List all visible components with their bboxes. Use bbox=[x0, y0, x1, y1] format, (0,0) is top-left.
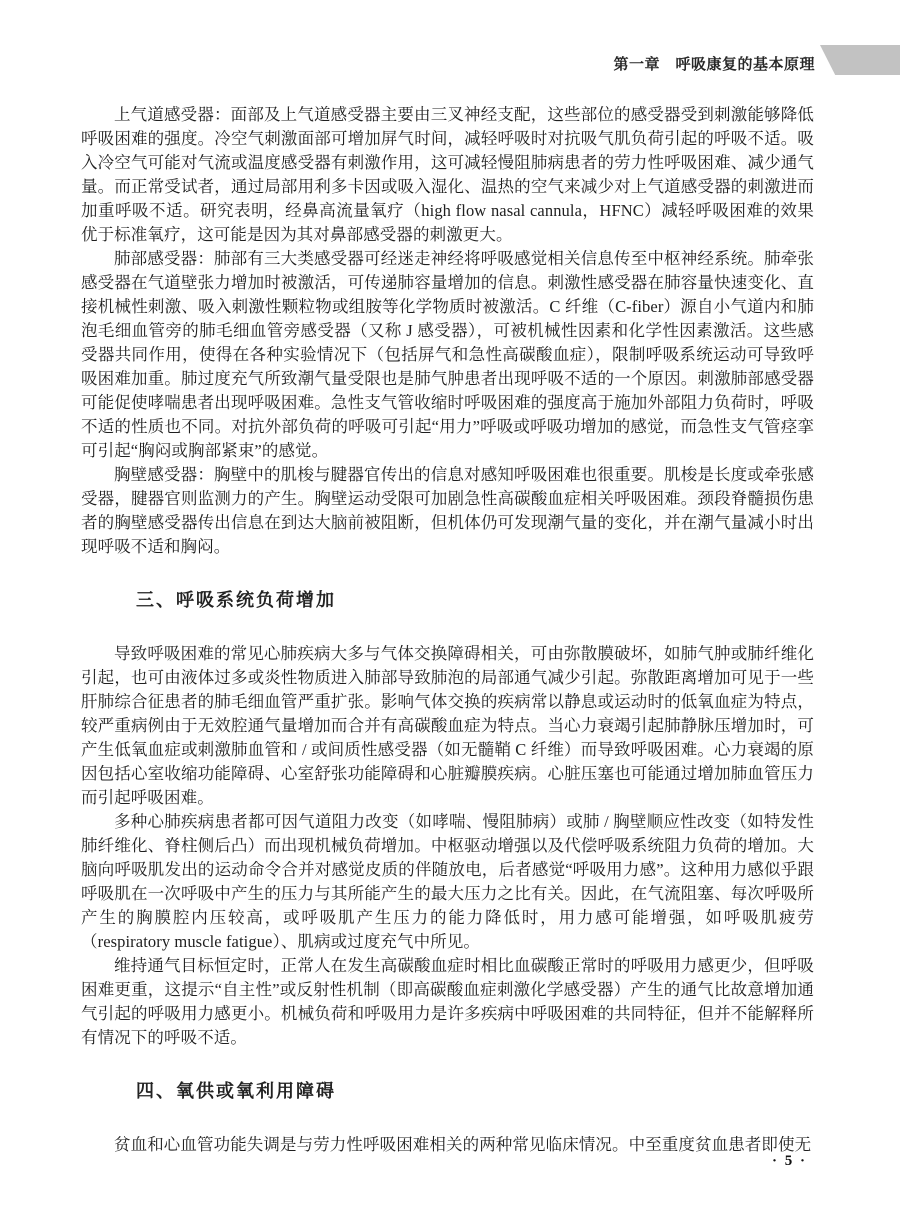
page-number: · 5 · bbox=[772, 1153, 807, 1169]
page-body: 上气道感受器：面部及上气道感受器主要由三叉神经支配，这些部位的感受器受到刺激能够… bbox=[81, 103, 814, 1157]
section-heading-oxygen-supply: 四、氧供或氧利用障碍 bbox=[81, 1080, 814, 1102]
paragraph-lung-receptors: 肺部感受器：肺部有三大类感受器可经迷走神经将呼吸感觉相关信息传至中枢神经系统。肺… bbox=[81, 247, 814, 463]
header-tab-shape bbox=[820, 45, 900, 75]
paragraph-ventilation-target: 维持通气目标恒定时，正常人在发生高碳酸血症时相比血碳酸正常时的呼吸用力感更少，但… bbox=[81, 954, 814, 1050]
paragraph-gas-exchange: 导致呼吸困难的常见心肺疾病大多与气体交换障碍相关，可由弥散膜破坏，如肺气肿或肺纤… bbox=[81, 642, 814, 810]
book-page: 第一章 呼吸康复的基本原理 上气道感受器：面部及上气道感受器主要由三叉神经支配，… bbox=[0, 0, 900, 1222]
paragraph-mechanical-load: 多种心肺疾病患者都可因气道阻力改变（如哮喘、慢阻肺病）或肺 / 胸壁顺应性改变（… bbox=[81, 810, 814, 954]
paragraph-anemia-cardiovascular: 贫血和心血管功能失调是与劳力性呼吸困难相关的两种常见临床情况。中至重度贫血患者即… bbox=[81, 1133, 814, 1157]
section-heading-respiratory-load: 三、呼吸系统负荷增加 bbox=[81, 589, 814, 611]
running-head-chapter-title: 第一章 呼吸康复的基本原理 bbox=[613, 53, 815, 74]
paragraph-chest-wall-receptors: 胸壁感受器：胸壁中的肌梭与腱器官传出的信息对感知呼吸困难也很重要。肌梭是长度或牵… bbox=[81, 463, 814, 559]
running-head: 第一章 呼吸康复的基本原理 bbox=[0, 0, 900, 90]
paragraph-upper-airway-receptors: 上气道感受器：面部及上气道感受器主要由三叉神经支配，这些部位的感受器受到刺激能够… bbox=[81, 103, 814, 247]
page-footer: · 5 · bbox=[772, 1152, 807, 1170]
